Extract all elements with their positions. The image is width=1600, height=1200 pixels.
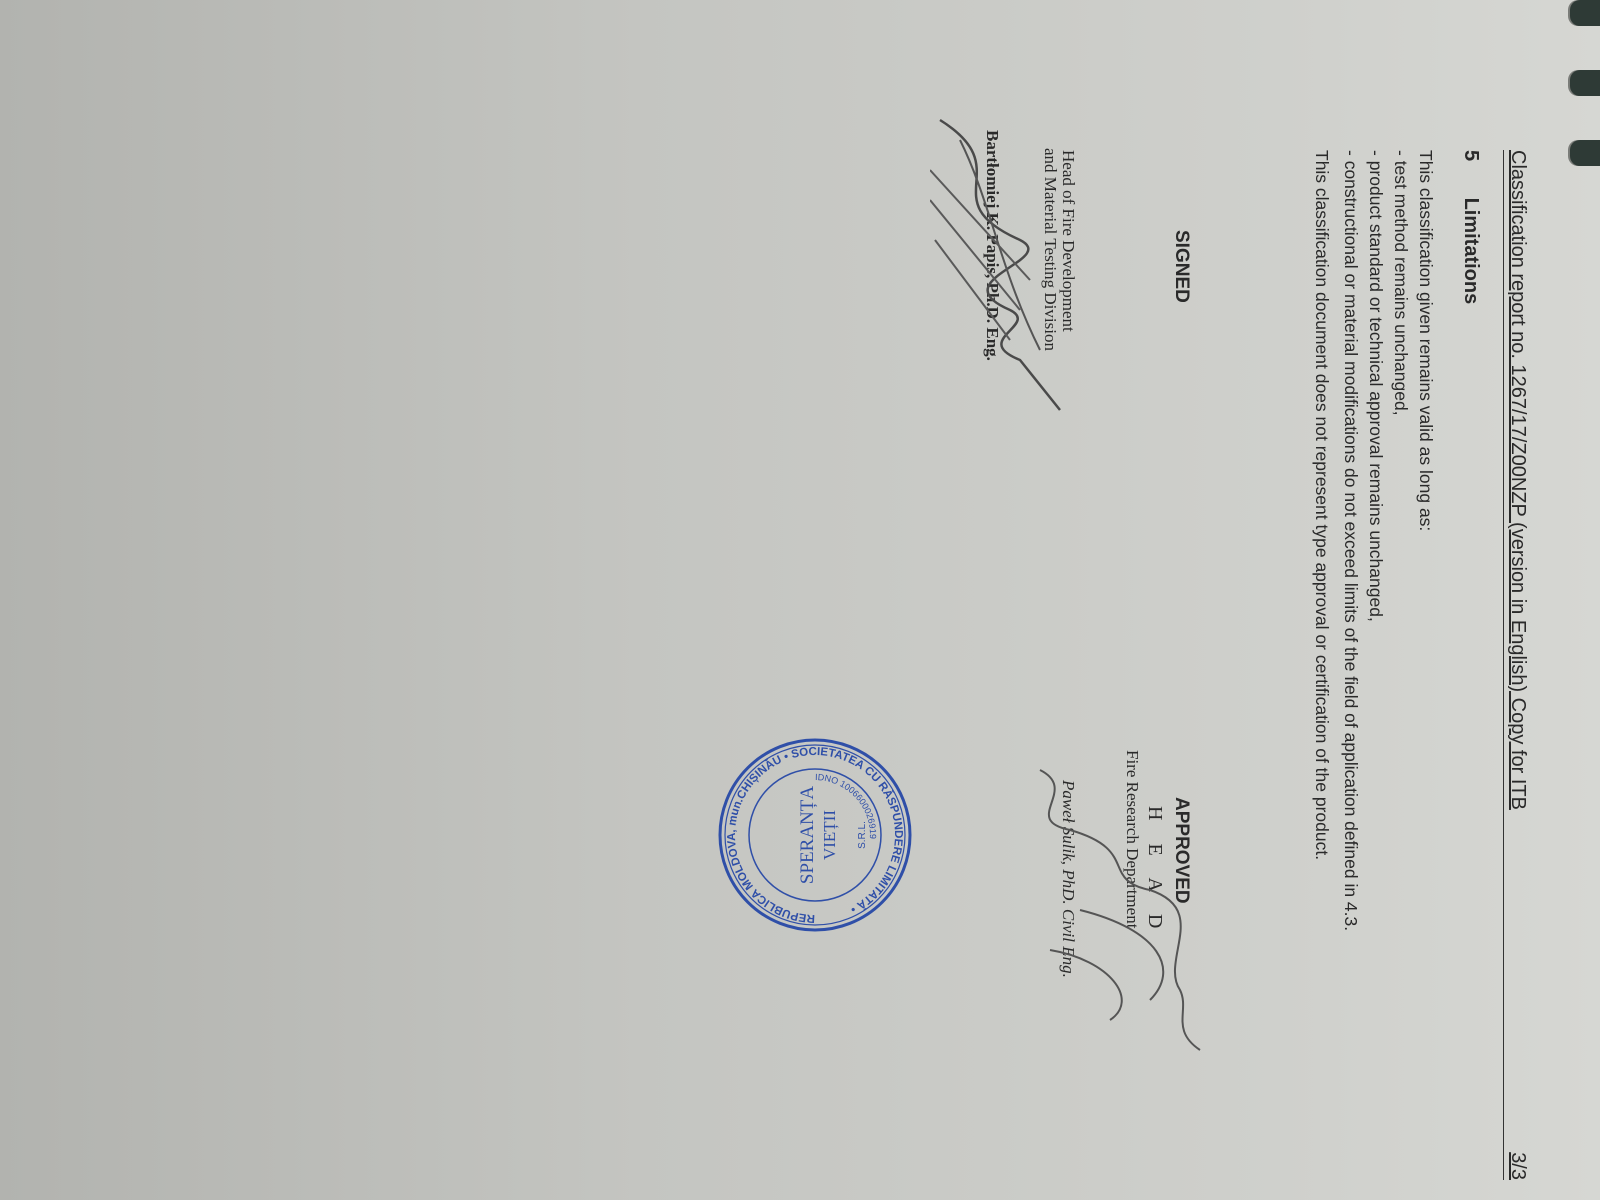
condition-item: - test method remains unchanged, [1388,150,1413,931]
intro-text: This classification given remains valid … [1413,150,1438,931]
approved-head-label: H E A D [1145,806,1164,937]
company-stamp: REPUBLICA MOLDOVA, mun.CHIȘINĂU • SOCIET… [715,735,915,935]
stamp-company-line2: VIEȚII [820,810,839,860]
page-header: Classification report no. 1267/17/Z00NZP… [1503,150,1530,1180]
report-title: Classification report no. 1267/17/Z00NZP… [1506,150,1529,810]
binding-ring-icon [1570,70,1600,96]
section-heading: 5 Limitations [1459,150,1482,304]
signed-heading: SIGNED [1170,230,1192,303]
section-title: Limitations [1460,198,1482,305]
binding-ring-icon [1570,0,1600,26]
condition-item: - product standard or technical approval… [1363,150,1388,931]
approved-heading: APPROVED [1170,797,1192,904]
document-page: Classification report no. 1267/17/Z00NZP… [0,0,1600,1200]
approved-department: Fire Research Department [1123,750,1142,928]
signed-role-line1: Head of Fire Development [1059,150,1078,332]
binding-rings [1560,0,1600,1200]
stamp-suffix: S.R.L. [857,821,868,849]
condition-item: - constructional or material modificatio… [1338,150,1363,931]
section-number: 5 [1459,150,1482,192]
signed-role-line2: and Material Testing Division [1041,148,1060,351]
signed-name: Bartłomiej K. Papis, Ph.D. Eng. [983,130,1002,361]
disclaimer-text: This classification document does not re… [1309,150,1334,931]
stamp-company-line1: SPERANȚA [797,786,818,884]
approved-name: Paweł Sulik, PhD. Civil Eng. [1059,780,1078,978]
binding-ring-icon [1570,140,1600,166]
page-number: 3/3 [1506,1152,1529,1180]
limitations-body: This classification given remains valid … [1309,150,1438,931]
